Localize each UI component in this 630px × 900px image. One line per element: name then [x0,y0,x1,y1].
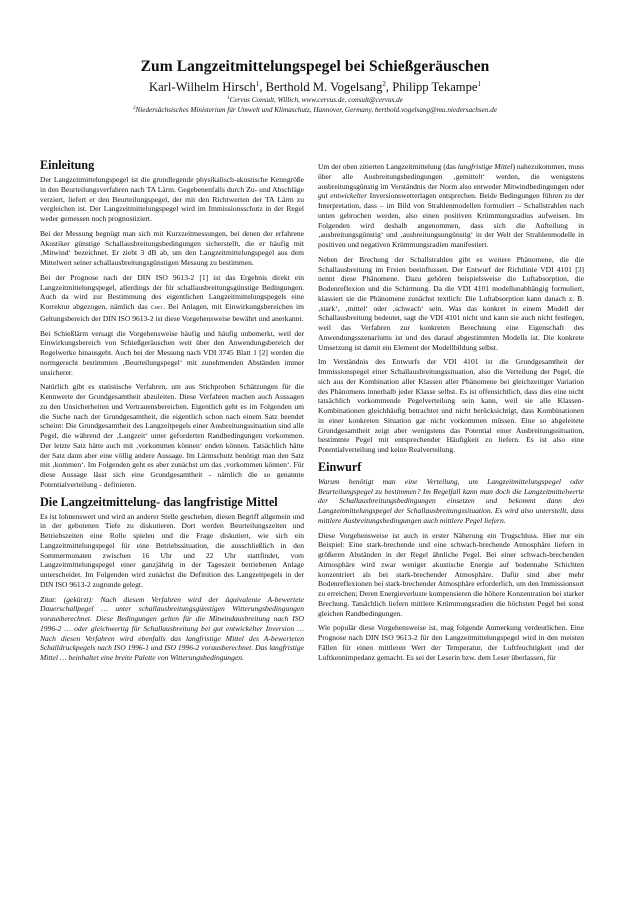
cmet-term: Cmet [151,305,163,311]
emphasis: langfristige Mittel [458,162,513,171]
paragraph: Bei der Prognose nach der DIN ISO 9613-2… [40,273,304,324]
paragraph-italic: Warum benötigt man eine Verteilung, um L… [318,477,584,526]
paper-title: Zum Langzeitmittelungspegel bei Schießge… [0,58,630,76]
paragraph: Es ist lohnenswert und wird an anderer S… [40,512,304,590]
emphasis: gut entwickelter [318,191,367,200]
affiliation-text: Niedersächsisches Ministerium für Umwelt… [135,106,497,114]
paragraph: Im Verständnis des Entwurfs der VDI 4101… [318,357,584,455]
author-name: Philipp Tekampe [392,80,477,94]
paragraph: Bei der Messung begnügt man sich mit Kur… [40,229,304,268]
left-column: Einleitung Der Langzeitmittelungspegel i… [40,158,304,668]
paragraph: Um der oben zitierten Langzeitmittelung … [318,162,584,250]
section-heading-einwurf: Einwurf [318,460,584,474]
paper-header: Zum Langzeitmittelungspegel bei Schießge… [0,58,630,115]
section-heading-einleitung: Einleitung [40,158,304,172]
paragraph: Wie populär diese Vorgehensweise ist, ma… [318,623,584,662]
author-name: Karl-Wilhelm Hirsch [149,80,256,94]
author-name: Berthold M. Vogelsang [266,80,383,94]
section-heading-langzeitmittelung: Die Langzeitmittelung- das langfristige … [40,495,304,509]
affiliation-text: Cervus Consult, Willich, www.cervus.de, … [230,96,403,104]
paragraph: Natürlich gibt es statistische Verfahren… [40,382,304,489]
quote-block: Zitat: (gekürzt): Nach diesem Verfahren … [40,595,304,663]
paragraph: Diese Vorgehensweise ist auch in erster … [318,531,584,619]
affiliation-1: 1Cervus Consult, Willich, www.cervus.de,… [0,95,630,105]
paragraph-text: Um der oben zitierten Langzeitmittelung … [318,162,458,171]
affiliation-2: 2Niedersächsisches Ministerium für Umwel… [0,105,630,115]
author-affil-marker: 1 [477,80,481,88]
paragraph: Neben der Brechung der Schallstrahlen gi… [318,255,584,353]
paragraph: Der Langzeitmittelungspegel ist die grun… [40,175,304,224]
author-list: Karl-Wilhelm Hirsch1, Berthold M. Vogels… [0,79,630,95]
right-column: Um der oben zitierten Langzeitmittelung … [318,162,584,667]
paragraph: Bei Schießlärm versagt die Vorgehensweis… [40,329,304,378]
